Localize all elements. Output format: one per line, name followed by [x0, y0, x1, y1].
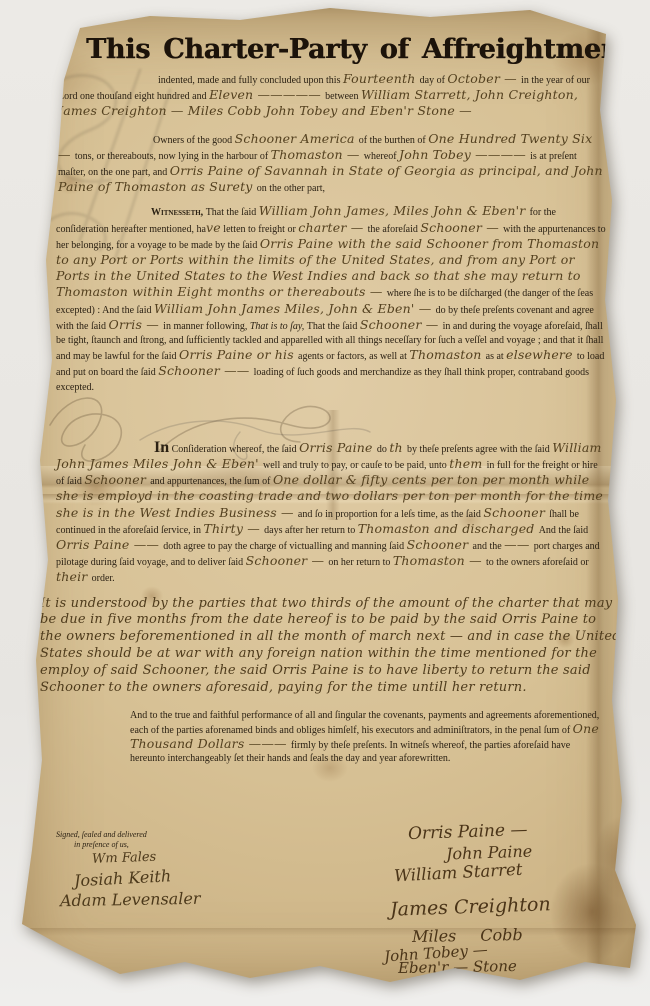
printed-text: on her return to [328, 557, 392, 568]
printed-text: That the ſaid [307, 321, 360, 332]
parchment: This Charter-Party of Affreightment, ind… [0, 0, 650, 1006]
printed-text: do [377, 444, 390, 455]
printed-text: whereof [364, 151, 399, 162]
printed-text: Witneſſeth, [151, 207, 206, 218]
document-title: This Charter-Party of Affreightment, [86, 34, 590, 65]
handwritten-text: Schooner [407, 537, 473, 552]
handwritten-text: Orris Paine —— [56, 537, 163, 552]
handwritten-text: th [389, 440, 407, 455]
handwritten-text: Thomaston and discharged [358, 521, 539, 536]
owners-paragraph: Owners of the good Schooner America of t… [58, 132, 604, 197]
document-content: This Charter-Party of Affreightment, ind… [0, 0, 650, 1006]
handwritten-text: William John James, Miles John & Eben'r [259, 203, 530, 218]
handwritten-text: Eleven ————— [209, 87, 325, 102]
handwritten-text: It is understood by the parties that two… [40, 596, 621, 695]
signature-name: James Creighton [390, 893, 551, 921]
handwritten-text: Fourteenth [343, 71, 420, 86]
scan-background: This Charter-Party of Affreightment, ind… [0, 0, 650, 1006]
printed-text: on the other part, [257, 183, 325, 194]
party-signatures: Orris Paine —John PaineWilliam StarretJa… [0, 824, 650, 1006]
printed-text: doth agree to pay the charge of victuall… [163, 541, 406, 552]
printed-text: That is to ſay, [250, 321, 307, 332]
handwritten-text: elsewhere [506, 347, 577, 362]
printed-text: of the burthen of [359, 135, 428, 146]
printed-text: and appurtenances, the ſum of [150, 476, 273, 487]
printed-text: and the [473, 541, 505, 552]
printed-text: tons, or thereabouts, now lying in the h… [75, 151, 271, 162]
handwritten-text: charter — [298, 220, 367, 235]
printed-text: to the owners aforeſaid or [486, 557, 589, 568]
printed-text: And to the true and faithful performance… [130, 710, 599, 736]
handwritten-text: Orris Paine or his [179, 347, 298, 362]
printed-text: Owners of the good [153, 135, 235, 146]
printed-text: between [325, 91, 361, 102]
printed-text: And the ſaid [539, 525, 588, 536]
printed-text: in manner following, [163, 321, 250, 332]
printed-text: That the ſaid [206, 207, 259, 218]
consideration-paragraph: In Conſideration whereof, the ſaid Orris… [56, 441, 607, 587]
opening-paragraph: indented, made and fully concluded upon … [58, 72, 602, 121]
handwritten-text: Thomaston [409, 347, 485, 362]
handwritten-text: Schooner [84, 472, 150, 487]
handwritten-text: —— [504, 537, 534, 552]
handwritten-text: Schooner [483, 505, 549, 520]
handwritten-text: Thomaston — [271, 147, 364, 162]
printed-text: by theſe preſents agree with the ſaid [407, 444, 552, 455]
signature-name: William Starret [394, 860, 523, 886]
printed-text: the aforeſaid [368, 224, 421, 235]
printed-text: In [154, 439, 169, 456]
printed-text: as at [486, 351, 507, 362]
handwritten-text: their [56, 569, 92, 584]
handwritten-text: Schooner — [420, 220, 503, 235]
signature-name: Eben'r — Stone [398, 957, 517, 977]
handwritten-memorandum: It is understood by the parties that two… [40, 596, 622, 697]
handwritten-text: Thomaston — [393, 553, 486, 568]
handwritten-text: Thirty — [203, 521, 264, 536]
handwritten-text: them [449, 456, 486, 471]
signature-block: Signed, ſealed and delivered in preſence… [0, 824, 650, 1006]
handwritten-text: ve [206, 220, 221, 235]
printed-text: and ſo in proportion for a leſs time, as… [298, 509, 484, 520]
handwritten-text: Schooner — [360, 317, 443, 332]
handwritten-text: Orris — [109, 317, 164, 332]
handwritten-text: John Tobey ———— [399, 147, 530, 162]
penalty-paragraph: And to the true and faithful performance… [130, 710, 602, 765]
handwritten-text: Schooner America [235, 131, 359, 146]
paper-sheet: This Charter-Party of Affreightment, ind… [0, 0, 650, 1006]
handwritten-text: Orris Paine [299, 440, 377, 455]
printed-text: well and truly to pay, or cauſe to be pa… [263, 460, 449, 471]
printed-text: day of [420, 75, 448, 86]
witnesseth-paragraph: Witneſſeth, That the ſaid William John J… [56, 204, 607, 394]
handwritten-text: Schooner —— [158, 363, 253, 378]
printed-text: letten to freight or [221, 224, 298, 235]
printed-text: indented, made and fully concluded upon … [158, 75, 343, 86]
signature-name: Orris Paine — [408, 820, 528, 844]
printed-text: agents or factors, as well at [298, 351, 409, 362]
handwritten-text: Schooner — [246, 553, 329, 568]
printed-text: order. [92, 573, 115, 584]
printed-text: Conſideration whereof, the ſaid [169, 444, 299, 455]
printed-text: days after her return to [264, 525, 358, 536]
handwritten-text: William John James Miles, John & Eben' — [154, 301, 436, 316]
handwritten-text: October — [447, 71, 521, 86]
